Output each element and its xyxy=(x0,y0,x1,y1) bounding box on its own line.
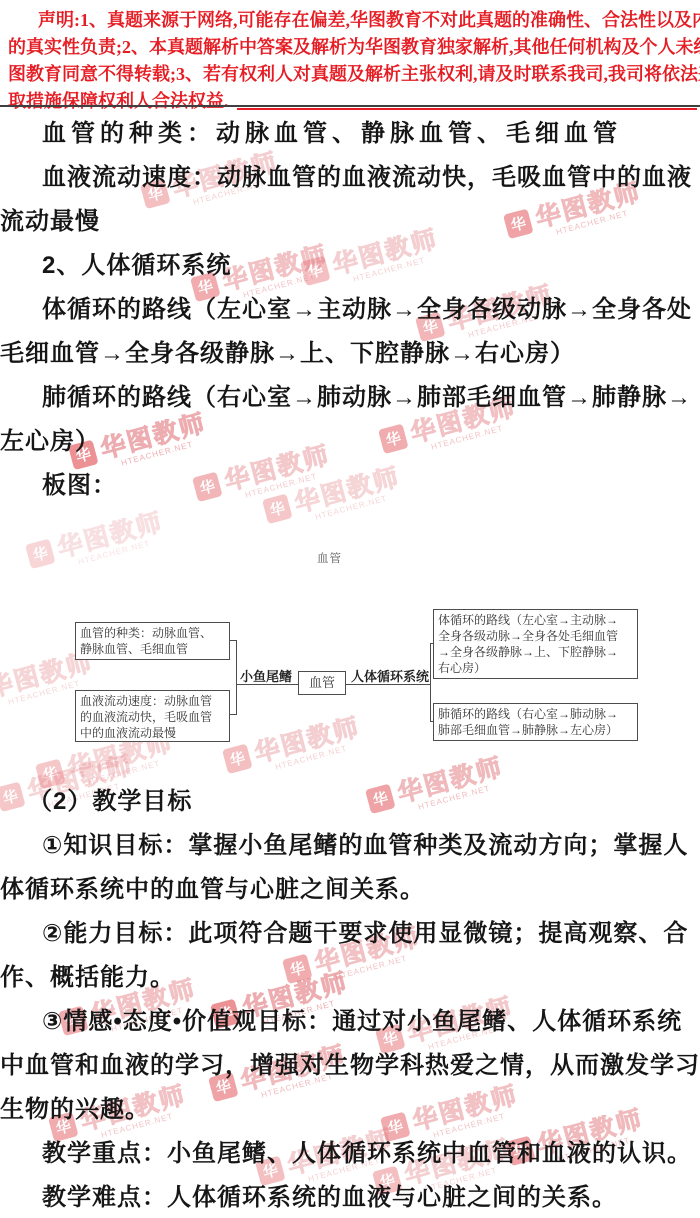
diagram-title: 血管 xyxy=(317,550,342,566)
connector-line xyxy=(430,643,431,722)
body-line: 教学难点：人体循环系统的血液与心脏之间的关系。 xyxy=(0,1176,700,1218)
disclaimer-label: 声明: xyxy=(38,10,80,30)
diagram-box-flow-speed: 血液流动速度：动脉血管 的血液流动快，毛吸血管 中的血液流动最慢 xyxy=(75,690,230,742)
body-line: 肺循环的路线（右心室→肺动脉→肺部毛细血管→肺静脉→ xyxy=(0,376,700,420)
content-lower: （2）教学目标①知识目标：掌握小鱼尾鳍的血管种类及流动方向；掌握人体循环系统中的… xyxy=(0,780,700,1218)
separator-line xyxy=(0,105,700,107)
disclaimer: 声明:1、真题来源于网络,可能存在偏差,华图教育不对此真题的准确性、合法性以及内… xyxy=(8,7,697,115)
disclaimer-text: 取措施保障权利人合法权益. xyxy=(8,88,229,115)
board-diagram: 血管 血管的种类：动脉血管、 静脉血管、毛细血管 血液流动速度：动脉血管 的血液… xyxy=(0,520,700,782)
body-line: ①知识目标：掌握小鱼尾鳍的血管种类及流动方向；掌握人 xyxy=(0,824,700,868)
disclaimer-line: 取措施保障权利人合法权益. xyxy=(8,88,697,115)
disclaimer-line: 图教育同意不得转载;3、若有权利人对真题及解析主张权利,请及时联系我司,我司将依… xyxy=(8,61,697,88)
disclaimer-text: 1、真题来源于网络,可能存在偏差,华图教育不对此真题的准确性、合法性以及内容 xyxy=(80,10,700,30)
body-line: 作、概括能力。 xyxy=(0,956,700,1000)
body-line: 血液流动速度：动脉血管的血液流动快，毛吸血管中的血液 xyxy=(0,156,700,200)
disclaimer-line: 声明:1、真题来源于网络,可能存在偏差,华图教育不对此真题的准确性、合法性以及内… xyxy=(8,7,697,34)
body-line: 流动最慢 xyxy=(0,200,700,244)
disclaimer-text: 的真实性负责;2、本真题解析中答案及解析为华图教育独家解析,其他任何机构及个人未… xyxy=(8,37,700,57)
body-line: 教学重点：小鱼尾鳍、人体循环系统中血管和血液的认识。 xyxy=(0,1132,700,1176)
disclaimer-text: 图教育同意不得转载;3、若有权利人对真题及解析主张权利,请及时联系我司,我司将依… xyxy=(8,64,700,84)
diagram-label-circulatory: 人体循环系统 xyxy=(351,666,429,685)
content-upper: 血管的种类：动脉血管、静脉血管、毛细血管血液流动速度：动脉血管的血液流动快，毛吸… xyxy=(0,112,700,508)
body-line: 生物的兴趣。 xyxy=(0,1088,700,1132)
diagram-center-node: 血管 xyxy=(298,671,346,695)
document-page: 华华图教师HTEACHER.NET华华图教师HTEACHER.NET华华图教师H… xyxy=(0,0,700,1218)
body-line: 血管的种类：动脉血管、静脉血管、毛细血管 xyxy=(0,112,700,156)
body-line: 体循环的路线（左心室→主动脉→全身各级动脉→全身各处 xyxy=(0,288,700,332)
body-line: 左心房） xyxy=(0,420,700,464)
body-line: 2、人体循环系统 xyxy=(0,244,700,288)
body-line: 中血管和血液的学习，增强对生物学科热爱之情，从而激发学习 xyxy=(0,1044,700,1088)
diagram-box-vessel-types: 血管的种类：动脉血管、 静脉血管、毛细血管 xyxy=(75,622,230,660)
body-line: （2）教学目标 xyxy=(0,780,700,824)
body-line: 板图： xyxy=(0,464,700,508)
body-line: ③情感•态度•价值观目标：通过对小鱼尾鳍、人体循环系统 xyxy=(0,1000,700,1044)
diagram-box-systemic-route: 体循环的路线（左心室→主动脉→ 全身各级动脉→全身各处毛细血管 →全身各级静脉→… xyxy=(433,609,638,679)
diagram-box-pulmonary-route: 肺循环的路线（右心室→肺动脉→ 肺部毛细血管→肺静脉→左心房） xyxy=(433,703,638,741)
disclaimer-line: 的真实性负责;2、本真题解析中答案及解析为华图教育独家解析,其他任何机构及个人未… xyxy=(8,34,697,61)
body-line: 体循环系统中的血管与心脏之间关系。 xyxy=(0,868,700,912)
body-line: ②能力目标：此项符合题干要求使用显微镜；提高观察、合 xyxy=(0,912,700,956)
body-line: 毛细血管→全身各级静脉→上、下腔静脉→右心房） xyxy=(0,332,700,376)
connector-line xyxy=(236,640,237,715)
connector-line xyxy=(230,714,236,715)
diagram-label-fish-tail: 小鱼尾鳍 xyxy=(240,666,292,685)
